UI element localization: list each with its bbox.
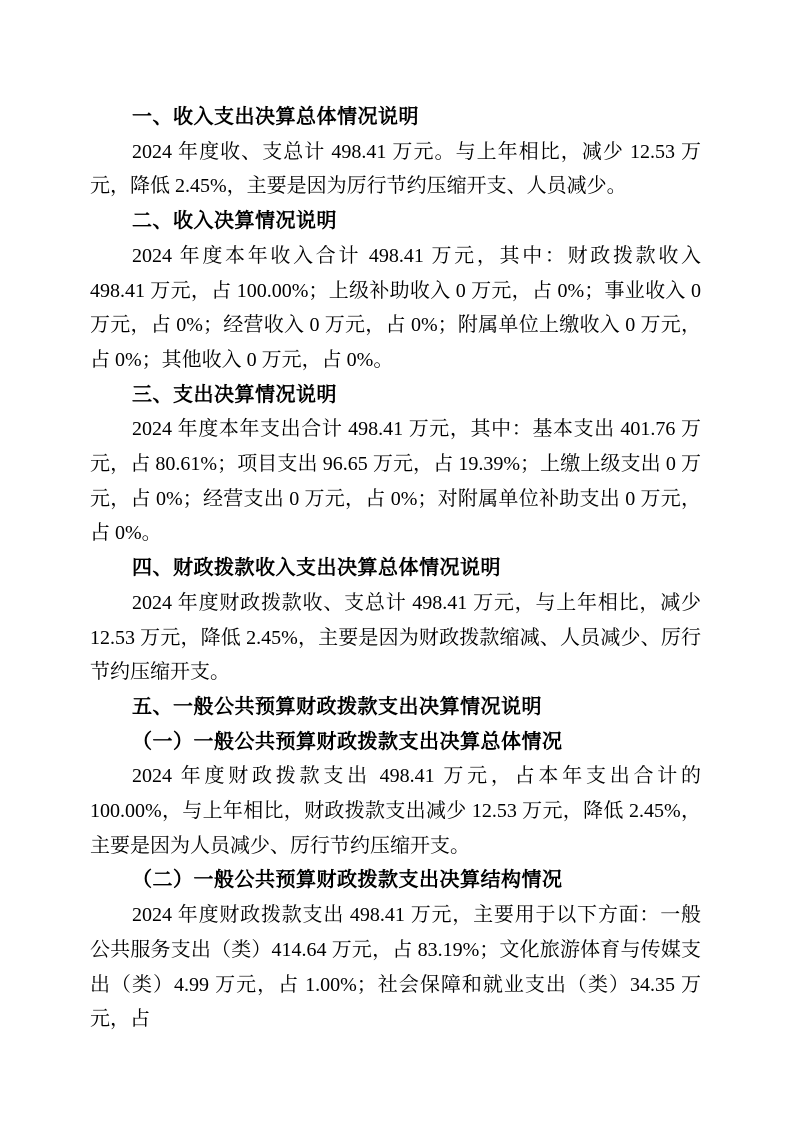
section-5-subsection-1-paragraph: 2024 年度财政拨款支出 498.41 万元，占本年支出合计的 100.00%… bbox=[90, 759, 701, 863]
section-4-heading: 四、财政拨款收入支出决算总体情况说明 bbox=[90, 551, 701, 586]
section-5-subheading-1: （一）一般公共预算财政拨款支出决算总体情况 bbox=[90, 725, 701, 760]
section-5-subsection-2-paragraph: 2024 年度财政拨款支出 498.41 万元，主要用于以下方面：一般公共服务支… bbox=[90, 898, 701, 1037]
section-3-heading: 三、支出决算情况说明 bbox=[90, 378, 701, 413]
section-4-paragraph: 2024 年度财政拨款收、支总计 498.41 万元，与上年相比，减少 12.5… bbox=[90, 586, 701, 690]
document-page: 一、收入支出决算总体情况说明 2024 年度收、支总计 498.41 万元。与上… bbox=[0, 0, 793, 1122]
section-1-heading: 一、收入支出决算总体情况说明 bbox=[90, 100, 701, 135]
section-1-paragraph: 2024 年度收、支总计 498.41 万元。与上年相比，减少 12.53 万元… bbox=[90, 135, 701, 204]
section-5-heading: 五、一般公共预算财政拨款支出决算情况说明 bbox=[90, 690, 701, 725]
section-2-paragraph: 2024 年度本年收入合计 498.41 万元，其中：财政拨款收入 498.41… bbox=[90, 239, 701, 378]
section-2-heading: 二、收入决算情况说明 bbox=[90, 204, 701, 239]
section-5-subheading-2: （二）一般公共预算财政拨款支出决算结构情况 bbox=[90, 863, 701, 898]
section-3-paragraph: 2024 年度本年支出合计 498.41 万元，其中：基本支出 401.76 万… bbox=[90, 412, 701, 551]
